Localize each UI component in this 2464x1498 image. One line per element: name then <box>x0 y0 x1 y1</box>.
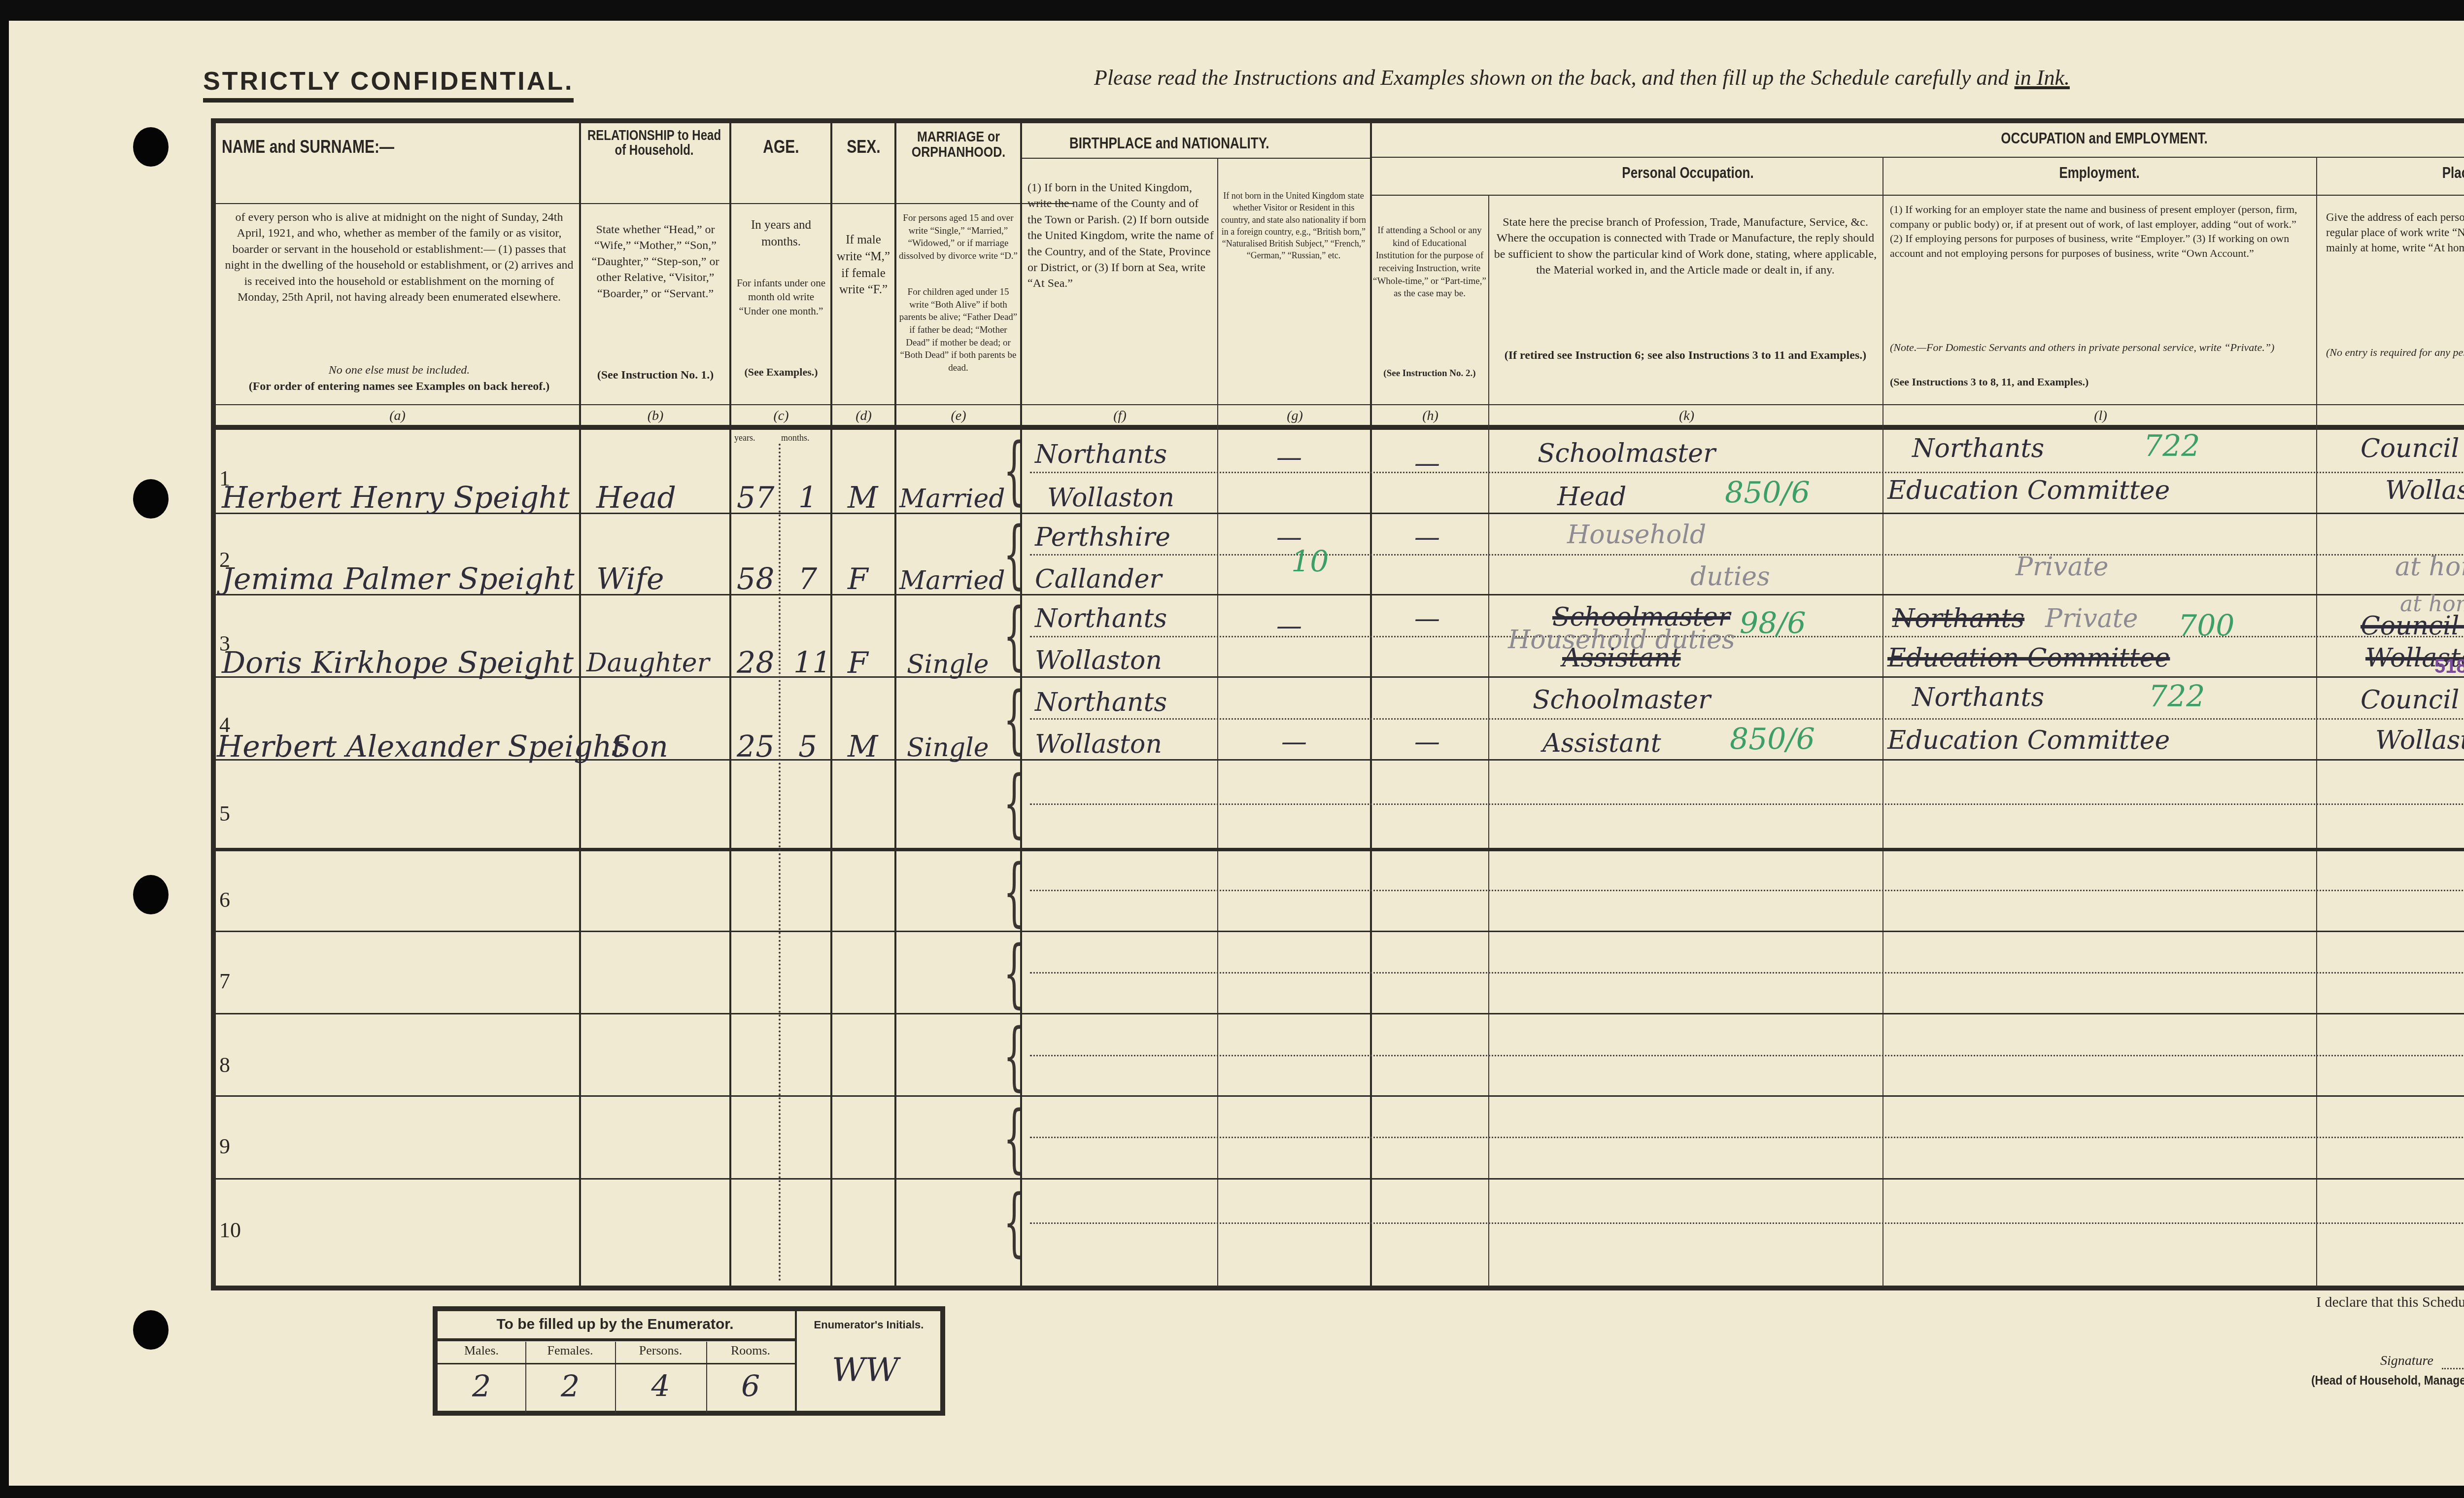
brace-icon: { <box>1003 937 1025 1010</box>
brace-icon: { <box>1003 434 1025 508</box>
col-d-title: SEX. <box>833 138 894 157</box>
brace-icon: { <box>1003 855 1025 929</box>
males-count[interactable]: 2 <box>438 1369 525 1404</box>
punch-hole-icon <box>133 479 169 519</box>
header-divider <box>211 425 2464 430</box>
brace-icon: { <box>1003 599 1025 673</box>
ink-instruction: Please read the Instructions and Example… <box>1094 65 2070 90</box>
brace-icon: { <box>1003 766 1025 840</box>
person-name[interactable]: Herbert Alexander Speight <box>217 730 624 764</box>
enumerator-summary-box: To be filled up by the Enumerator. Enume… <box>433 1306 945 1416</box>
confidential-heading: STRICTLY CONFIDENTIAL. <box>203 67 574 103</box>
brace-icon: { <box>1003 1185 1025 1259</box>
brace-icon: { <box>1003 1019 1025 1093</box>
punch-hole-icon <box>133 1310 169 1350</box>
punch-hole-icon <box>133 875 169 914</box>
brace-icon: { <box>1003 683 1025 757</box>
col-c-title: AGE. <box>732 138 830 157</box>
declaration-text: I declare that this Schedule is correctl… <box>2316 1294 2464 1311</box>
brace-icon: { <box>1003 1102 1025 1176</box>
rooms-count[interactable]: 6 <box>706 1369 795 1404</box>
col-occupation-title: OCCUPATION and EMPLOYMENT. <box>1882 131 2326 147</box>
col-b-title: RELATIONSHIP to Head of Household. <box>582 128 727 158</box>
col-a-title: NAME and SURNAME:— <box>222 138 468 157</box>
col-fg-title: BIRTHPLACE and NATIONALITY. <box>1025 136 1409 152</box>
person-name[interactable]: Doris Kirkhope Speight <box>222 646 574 680</box>
col-e-title: MARRIAGE or ORPHANHOOD. <box>897 129 1020 160</box>
brace-icon: { <box>1003 518 1025 592</box>
females-count[interactable]: 2 <box>525 1369 615 1404</box>
person-name[interactable]: Jemima Palmer Speight <box>222 562 575 596</box>
persons-count[interactable]: 4 <box>615 1369 706 1404</box>
enumerator-initials[interactable]: WW <box>832 1351 899 1389</box>
person-name[interactable]: Herbert Henry Speight <box>222 481 570 515</box>
punch-hole-icon <box>133 127 169 167</box>
